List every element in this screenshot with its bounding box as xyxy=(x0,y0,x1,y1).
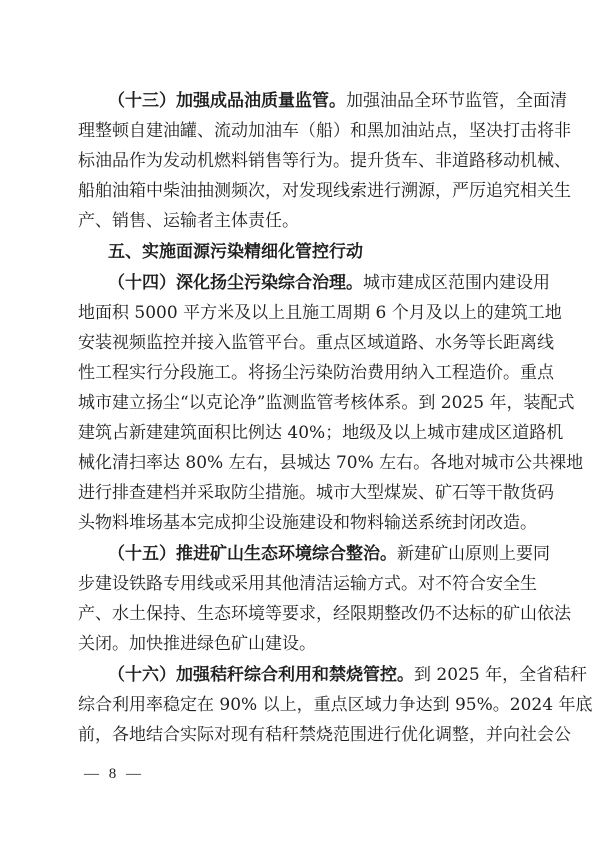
paragraph-16-line-3: 前，各地结合实际对现有秸秆禁烧范围进行优化调整，并向社会公 xyxy=(78,720,524,750)
section-heading-5: 五、实施面源污染精细化管控行动 xyxy=(108,237,524,267)
paragraph-16-line-1: （十六）加强秸秆综合利用和禁烧管控。到 2025 年，全省秸秆 xyxy=(108,660,524,690)
paragraph-15-line-3: 产、水土保持、生态环境等要求，经限期整改仍不达标的矿山依法 xyxy=(78,599,524,629)
paragraph-13-line-4: 船舶油箱中柴油抽测频次，对发现线索进行溯源，严厉追究相关生 xyxy=(78,176,524,206)
paragraph-14-line-7: 械化清扫率达 80% 左右，县城达 70% 左右。各地对城市公共裸地 xyxy=(78,448,524,478)
paragraph-13-line-2: 理整顿自建油罐、流动加油车（船）和黑加油站点，坚决打击将非 xyxy=(78,116,524,146)
paragraph-13-line-3: 标油品作为发动机燃料销售等行为。提升货车、非道路移动机械、 xyxy=(78,146,524,176)
paragraph-15-line-4: 关闭。加快推进绿色矿山建设。 xyxy=(78,629,524,659)
paragraph-14-line-4: 性工程实行分段施工。将扬尘污染防治费用纳入工程造价。重点 xyxy=(78,358,524,388)
paragraph-16-title: （十六）加强秸秆综合利用和禁烧管控。 xyxy=(108,665,414,685)
paragraph-16-line-2: 综合利用率稳定在 90% 以上，重点区域力争达到 95%。2024 年底 xyxy=(78,690,524,720)
paragraph-14-line-9: 头物料堆场基本完成抑尘设施建设和物料输送系统封闭改造。 xyxy=(78,508,524,538)
paragraph-13-line-1: （十三）加强成品油质量监管。加强油品全环节监管，全面清 xyxy=(108,86,524,116)
paragraph-15-title: （十五）推进矿山生态环境综合整治。 xyxy=(108,544,397,564)
paragraph-14-line-1: （十四）深化扬尘污染综合治理。城市建成区范围内建设用 xyxy=(108,268,524,298)
paragraph-14-line-2: 地面积 5000 平方米及以上且施工周期 6 个月及以上的建筑工地 xyxy=(78,298,524,328)
paragraph-13-title: （十三）加强成品油质量监管。 xyxy=(108,91,346,111)
paragraph-14-line-5: 城市建立扬尘“以克论净”监测监管考核体系。到 2025 年，装配式 xyxy=(78,388,524,418)
paragraph-14-line-6: 建筑占新建建筑面积比例达 40%；地级及以上城市建成区道路机 xyxy=(78,418,524,448)
paragraph-14-title: （十四）深化扬尘污染综合治理。 xyxy=(108,273,363,293)
page-number: — 8 — xyxy=(84,766,144,783)
paragraph-14-line-3: 安装视频监控并接入监管平台。重点区域道路、水务等长距离线 xyxy=(78,328,524,358)
paragraph-14-line-8: 进行排查建档并采取防尘措施。城市大型煤炭、矿石等干散货码 xyxy=(78,478,524,508)
paragraph-15-line-2: 步建设铁路专用线或采用其他清洁运输方式。对不符合安全生 xyxy=(78,569,524,599)
paragraph-13-line-5: 产、销售、运输者主体责任。 xyxy=(78,206,524,236)
paragraph-15-line-1: （十五）推进矿山生态环境综合整治。新建矿山原则上要同 xyxy=(108,539,524,569)
